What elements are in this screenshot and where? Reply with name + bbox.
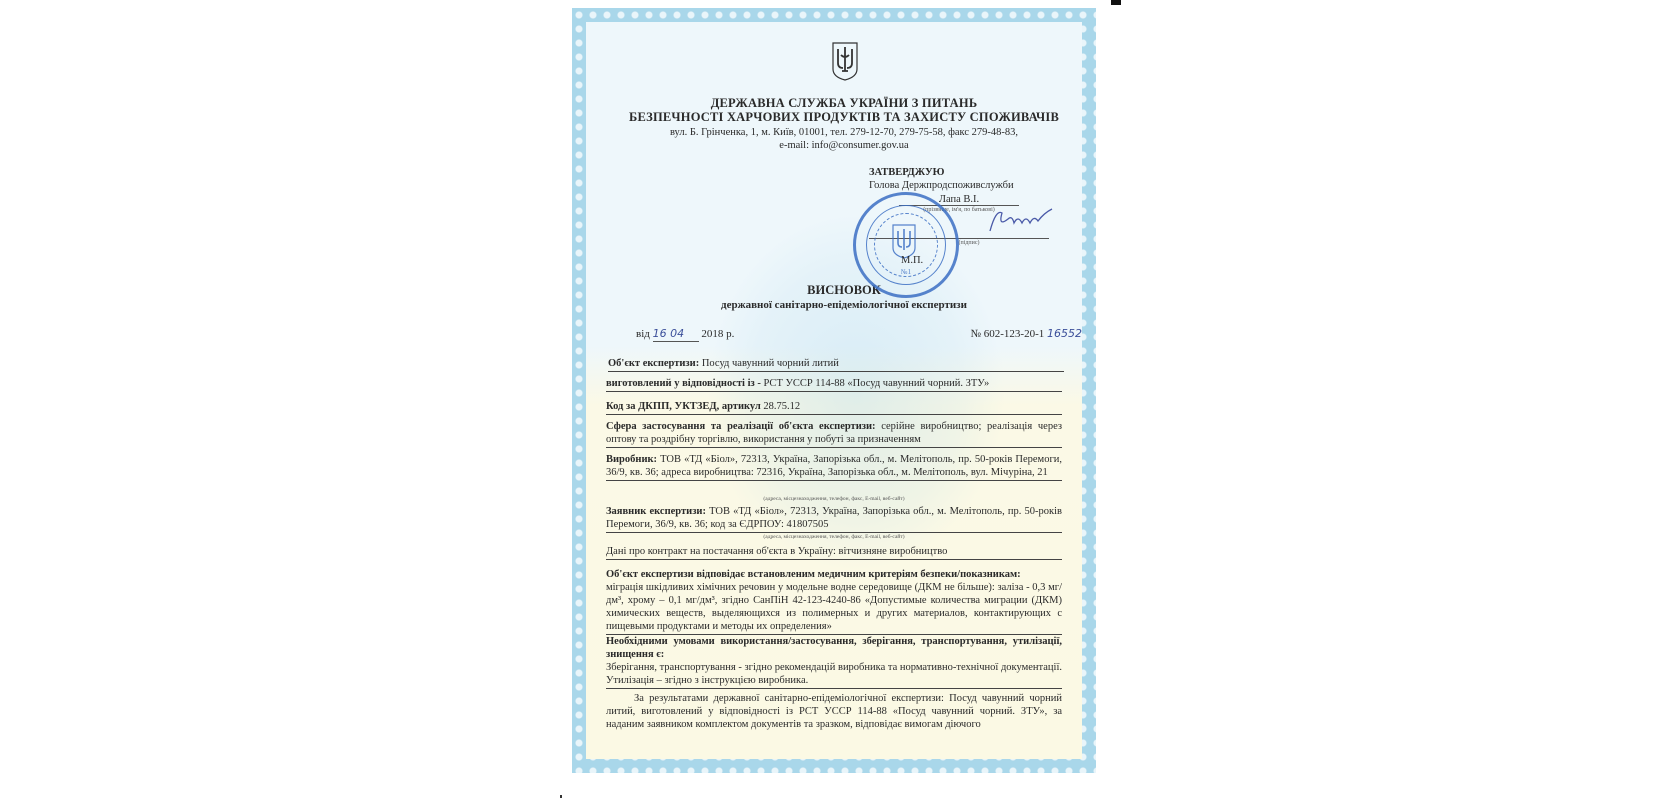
date-year: 2018 р. <box>701 328 734 340</box>
agency-email: e-mail: info@consumer.gov.ua <box>606 139 1082 152</box>
date-handwritten: 16 04 <box>653 327 685 340</box>
producer-caption: (адреса, місцезнаходження, телефон, факс… <box>606 496 1062 503</box>
code-field: Код за ДКПП, УКТЗЕД, артикул 28.75.12 <box>606 400 1062 415</box>
date-prefix: від <box>636 328 650 340</box>
agency-address: вул. Б. Грінченка, 1, м. Київ, 01001, те… <box>606 126 1082 139</box>
contract-field: Дані про контракт на постачання об'єкта … <box>606 545 1062 560</box>
document-subtitle: державної санітарно-епідеміологічної екс… <box>606 299 1082 312</box>
signature <box>986 205 1056 235</box>
applicant-caption: (адреса, місцезнаходження, телефон, факс… <box>606 534 1062 541</box>
scope-field: Сфера застосування та реалізації об'єкта… <box>606 420 1062 448</box>
conditions-field: Необхідними умовами використання/застосу… <box>606 635 1062 689</box>
agency-name-line1: ДЕРЖАВНА СЛУЖБА УКРАЇНИ З ПИТАНЬ <box>606 97 1082 110</box>
criteria-field: Об'єкт експертизи відповідає встановлени… <box>606 568 1062 635</box>
manufactured-field: виготовлений у відповідності із - РСТ УС… <box>606 377 1062 392</box>
applicant-field: Заявник експертизи: ТОВ «ТД «Біол», 7231… <box>606 505 1062 533</box>
conclusion-paragraph: За результатами державної санітарно-епід… <box>606 692 1062 731</box>
stamp-place-label: М.П. <box>901 254 923 267</box>
agency-name-line2: БЕЗПЕЧНОСТІ ХАРЧОВИХ ПРОДУКТІВ ТА ЗАХИСТ… <box>594 111 1082 124</box>
scan-dust-dot <box>560 795 562 798</box>
stamp-number: №1 <box>856 266 956 279</box>
certificate-page: ДЕРЖАВНА СЛУЖБА УКРАЇНИ З ПИТАНЬ БЕЗПЕЧН… <box>572 8 1096 773</box>
date-number-line: від 16 04 2018 р. № 602-123-20-1 16552 <box>636 327 1076 342</box>
document-title: ВИСНОВОК <box>606 284 1082 297</box>
number-prefix: № 602-123-20-1 <box>971 328 1045 340</box>
approval-position: Голова Держпродспоживслужби <box>869 179 1069 192</box>
scan-edge-mark <box>1111 0 1121 5</box>
producer-field: Виробник: ТОВ «ТД «Біол», 72313, Україна… <box>606 453 1062 481</box>
number-handwritten: 16552 <box>1047 327 1082 340</box>
approval-title: ЗАТВЕРДЖУЮ <box>869 166 1069 179</box>
certificate-body: ДЕРЖАВНА СЛУЖБА УКРАЇНИ З ПИТАНЬ БЕЗПЕЧН… <box>586 22 1082 759</box>
trident-icon <box>831 41 859 81</box>
object-field: Об'єкт експертизи: Посуд чавунний чорний… <box>608 357 1064 372</box>
official-stamp: №1 <box>853 192 959 298</box>
